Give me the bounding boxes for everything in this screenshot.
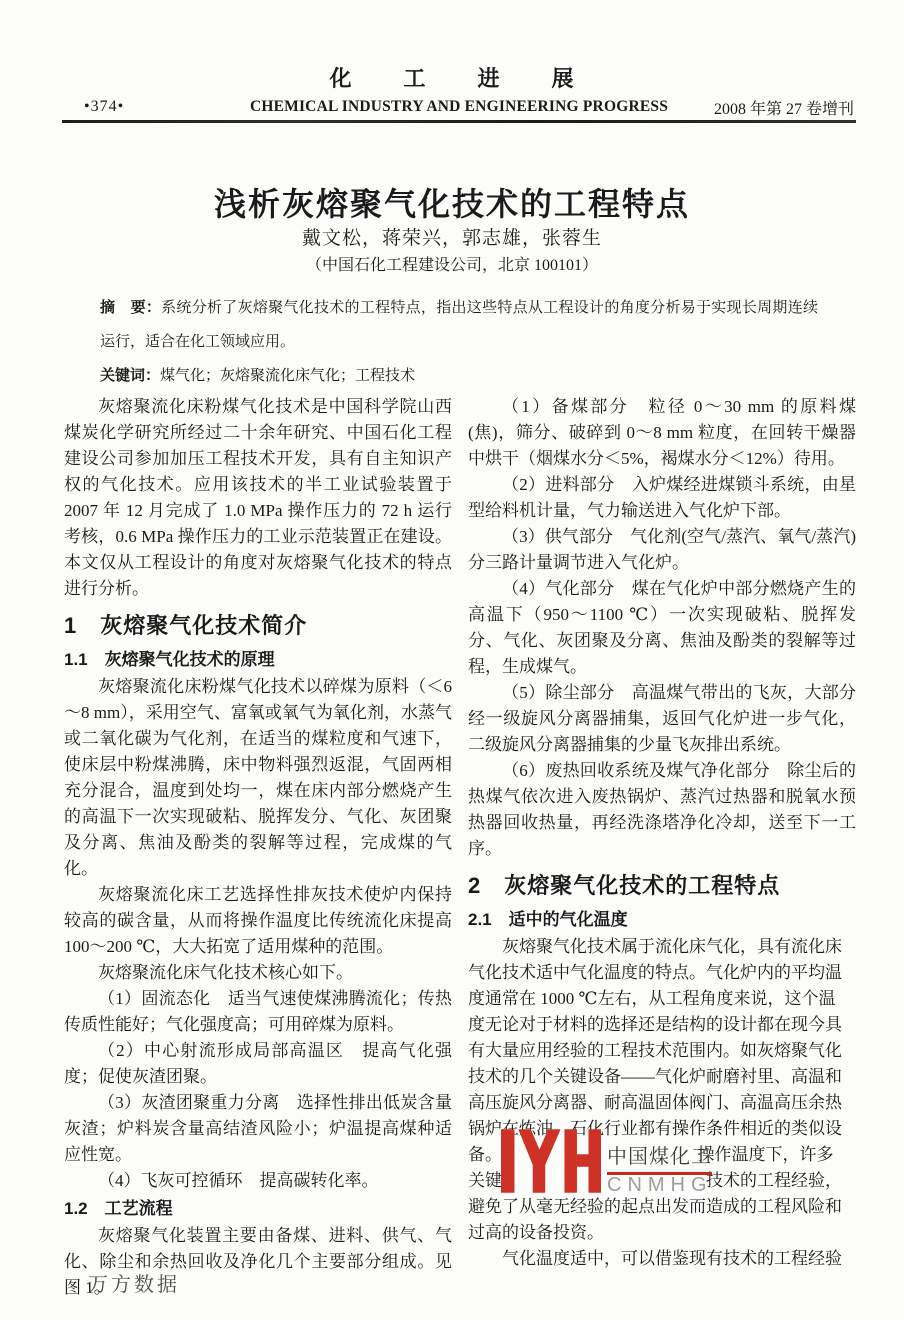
body-paragraph: 灰熔聚流化床工艺选择性排灰技术使炉内保持较高的碳含量，从而将操作温度比传统流化床… (64, 882, 452, 960)
scan-line: 气化技术适中气化温度的特点。气化炉内的平均温 (468, 960, 856, 986)
keywords-text: 煤气化；灰熔聚流化床气化；工程技术 (160, 368, 415, 384)
watermark-cn-text: 中国煤化工 (607, 1140, 712, 1175)
subsection-heading-2-1: 2.1 适中的气化温度 (468, 906, 856, 933)
cnmhg-logo-icon (501, 1129, 601, 1193)
list-item-paragraph: （1）备煤部分 粒径 0～30 mm 的原料煤(焦)，筛分、破碎到 0～8 mm… (468, 394, 856, 472)
scan-line: 技术的几个关键设备——气化炉耐磨衬里、高温和 (468, 1064, 856, 1090)
subsection-heading-1-2: 1.2 工艺流程 (64, 1195, 452, 1222)
page-number: •374• (84, 98, 124, 116)
cnmhg-watermark: 中国煤化工 CNMHG (501, 1129, 733, 1195)
list-item-paragraph: （3）供气部分 气化剂(空气/蒸汽、氧气/蒸汽)分三路计量调节进入气化炉。 (468, 524, 856, 576)
list-item-paragraph: （4）飞灰可控循环 提高碳转化率。 (64, 1168, 452, 1194)
authors-line: 戴文松，蒋荣兴，郭志雄，张蓉生 (0, 223, 904, 250)
keywords-paragraph: 关键词：煤气化；灰熔聚流化床气化；工程技术 (100, 359, 818, 393)
journal-title-cn: 化 工 进 展 (62, 62, 856, 93)
affiliation-line: （中国石化工程建设公司，北京 100101） (0, 252, 904, 275)
body-paragraph: 灰熔聚流化床气化技术核心如下。 (64, 960, 452, 986)
subsection-heading-1-1: 1.1 灰熔聚气化技术的原理 (64, 646, 452, 673)
left-column: 灰熔聚流化床粉煤气化技术是中国科学院山西煤炭化学研究所经过二十余年研究、中国石化… (64, 394, 452, 1301)
issue-info: 2008 年第 27 卷增刊 (714, 96, 854, 119)
watermark-en-text: CNMHG (607, 1174, 713, 1197)
section-heading-1: 1 灰熔聚气化技术简介 (64, 611, 452, 640)
list-item-paragraph: （2）进料部分 入炉煤经进煤锁斗系统，由星型给料机计量，气力输送进入气化炉下部。 (468, 472, 856, 524)
abstract-text: 系统分析了灰熔聚气化技术的工程特点，指出这些特点从工程设计的角度分析易于实现长周… (100, 300, 818, 350)
scan-line: 避免了从毫无经验的起点出发而造成的工程风险和 (468, 1194, 856, 1220)
list-item-paragraph: （4）气化部分 煤在气化炉中部分燃烧产生的高温下（950～1100 ℃）一次实现… (468, 576, 856, 680)
section-heading-2: 2 灰熔聚气化技术的工程特点 (468, 871, 856, 900)
scan-line: 度无论对于材料的选择还是结构的设计都在现今具 (468, 1012, 856, 1038)
scan-line: 灰熔聚气化技术属于流化床气化，具有流化床 (468, 934, 856, 960)
abstract-section: 摘 要：系统分析了灰熔聚气化技术的工程特点，指出这些特点从工程设计的角度分析易于… (100, 291, 818, 393)
intro-paragraph: 灰熔聚流化床粉煤气化技术是中国科学院山西煤炭化学研究所经过二十余年研究、中国石化… (64, 394, 452, 602)
abstract-label: 摘 要： (100, 299, 161, 316)
journal-header: 化 工 进 展 CHEMICAL INDUSTRY AND ENGINEERIN… (62, 62, 856, 118)
list-item-paragraph: （1）固流态化 适当气速使煤沸腾流化；传热传质性能好；气化强度高；可用碎煤为原料… (64, 986, 452, 1038)
scan-line: 过高的设备投资。 (468, 1220, 856, 1246)
scanned-paper-page: 化 工 进 展 CHEMICAL INDUSTRY AND ENGINEERIN… (0, 0, 904, 1320)
header-rule (62, 120, 856, 123)
list-item-paragraph: （2）中心射流形成局部高温区 提高气化强度；促使灰渣团聚。 (64, 1038, 452, 1090)
body-paragraph: 气化温度适中，可以借鉴现有技术的工程经验 (468, 1246, 856, 1272)
scan-line: 高压旋风分离器、耐高温固体阀门、高温高压余热 (468, 1090, 856, 1116)
abstract-paragraph: 摘 要：系统分析了灰熔聚气化技术的工程特点，指出这些特点从工程设计的角度分析易于… (100, 291, 818, 359)
body-columns: 灰熔聚流化床粉煤气化技术是中国科学院山西煤炭化学研究所经过二十余年研究、中国石化… (64, 394, 856, 1301)
article-title: 浅析灰熔聚气化技术的工程特点 (0, 179, 904, 225)
wanfang-watermark: 万方数据 (88, 1268, 180, 1297)
keywords-label: 关键词： (100, 367, 160, 384)
body-paragraph: 灰熔聚流化床粉煤气化技术以碎煤为原料（＜6～8 mm），采用空气、富氧或氧气为氧… (64, 674, 452, 882)
list-item-paragraph: （6）废热回收系统及煤气净化部分 除尘后的热煤气依次进入废热锅炉、蒸汽过热器和脱… (468, 758, 856, 862)
watermarked-paragraph: 灰熔聚气化技术属于流化床气化，具有流化床 气化技术适中气化温度的特点。气化炉内的… (468, 934, 856, 1246)
list-item-paragraph: （5）除尘部分 高温煤气带出的飞灰，大部分经一级旋风分离器捕集，返回气化炉进一步… (468, 680, 856, 758)
scan-line: 有大量应用经验的工程技术范围内。如灰熔聚气化 (468, 1038, 856, 1064)
list-item-paragraph: （3）灰渣团聚重力分离 选择性排出低炭含量灰渣；炉料炭含量高结渣风险小；炉温提高… (64, 1090, 452, 1168)
scan-line: 度通常在 1000 ℃左右，从工程角度来说，这个温 (468, 986, 856, 1012)
